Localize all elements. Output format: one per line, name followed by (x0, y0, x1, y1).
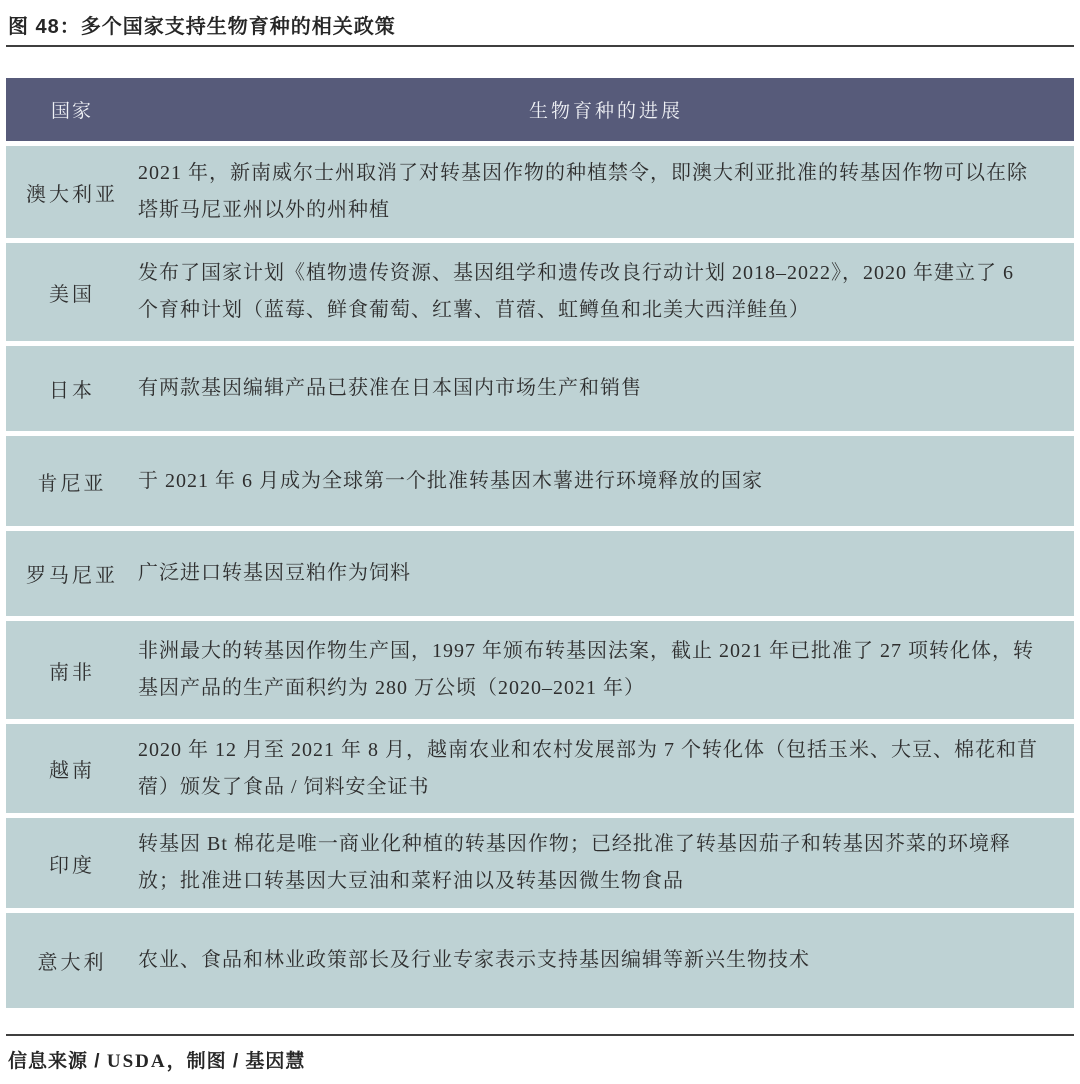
policy-table: 国家 生物育种的进展 澳大利亚2021 年，新南威尔士州取消了对转基因作物的种植… (6, 78, 1074, 1013)
country-column-header: 国家 (6, 96, 138, 123)
progress-cell: 2021 年，新南威尔士州取消了对转基因作物的种植禁令，即澳大利亚批准的转基因作… (138, 155, 1074, 229)
progress-cell: 于 2021 年 6 月成为全球第一个批准转基因木薯进行环境释放的国家 (138, 463, 1074, 500)
source-note-segment: ，制图 / (167, 1051, 246, 1072)
progress-cell: 非洲最大的转基因作物生产国，1997 年颁布转基因法案，截止 2021 年已批准… (138, 633, 1074, 707)
table-row: 罗马尼亚广泛进口转基因豆粕作为饲料 (6, 531, 1074, 616)
title-rule (6, 45, 1074, 47)
country-cell: 南非 (6, 656, 138, 685)
source-note: 信息来源 / USDA，制图 / 基因慧 (8, 1046, 305, 1073)
source-note-segment: USDA (107, 1051, 167, 1072)
country-cell: 澳大利亚 (6, 178, 138, 207)
country-cell: 肯尼亚 (6, 467, 138, 496)
progress-cell: 有两款基因编辑产品已获准在日本国内市场生产和销售 (138, 370, 1074, 407)
progress-cell: 发布了国家计划《植物遗传资源、基因组学和遗传改良行动计划 2018–2022》，… (138, 255, 1074, 329)
table-row: 印度转基因 Bt 棉花是唯一商业化种植的转基因作物；已经批准了转基因茄子和转基因… (6, 818, 1074, 908)
country-cell: 意大利 (6, 946, 138, 975)
table-row: 日本有两款基因编辑产品已获准在日本国内市场生产和销售 (6, 346, 1074, 431)
progress-column-header: 生物育种的进展 (138, 96, 1074, 123)
country-cell: 日本 (6, 374, 138, 403)
country-cell: 印度 (6, 849, 138, 878)
figure-title: 图 48：多个国家支持生物育种的相关政策 (8, 10, 396, 39)
table-body: 澳大利亚2021 年，新南威尔士州取消了对转基因作物的种植禁令，即澳大利亚批准的… (6, 146, 1074, 1008)
table-row: 意大利农业、食品和林业政策部长及行业专家表示支持基因编辑等新兴生物技术 (6, 913, 1074, 1008)
report-page: 图 48：多个国家支持生物育种的相关政策 国家 生物育种的进展 澳大利亚2021… (0, 0, 1080, 1084)
table-row: 澳大利亚2021 年，新南威尔士州取消了对转基因作物的种植禁令，即澳大利亚批准的… (6, 146, 1074, 238)
source-note-segment: 基因慧 (245, 1051, 305, 1072)
progress-cell: 农业、食品和林业政策部长及行业专家表示支持基因编辑等新兴生物技术 (138, 942, 1074, 979)
table-row: 越南2020 年 12 月至 2021 年 8 月，越南农业和农村发展部为 7 … (6, 724, 1074, 813)
source-note-segment: 信息来源 / (8, 1051, 107, 1072)
progress-cell: 转基因 Bt 棉花是唯一商业化种植的转基因作物；已经批准了转基因茄子和转基因芥菜… (138, 826, 1074, 900)
country-cell: 罗马尼亚 (6, 559, 138, 588)
table-row: 南非非洲最大的转基因作物生产国，1997 年颁布转基因法案，截止 2021 年已… (6, 621, 1074, 719)
country-cell: 越南 (6, 754, 138, 783)
progress-cell: 2020 年 12 月至 2021 年 8 月，越南农业和农村发展部为 7 个转… (138, 732, 1074, 806)
table-header-row: 国家 生物育种的进展 (6, 78, 1074, 141)
country-cell: 美国 (6, 278, 138, 307)
table-row: 肯尼亚于 2021 年 6 月成为全球第一个批准转基因木薯进行环境释放的国家 (6, 436, 1074, 526)
table-row: 美国发布了国家计划《植物遗传资源、基因组学和遗传改良行动计划 2018–2022… (6, 243, 1074, 341)
progress-cell: 广泛进口转基因豆粕作为饲料 (138, 555, 1074, 592)
footer-rule (6, 1034, 1074, 1036)
